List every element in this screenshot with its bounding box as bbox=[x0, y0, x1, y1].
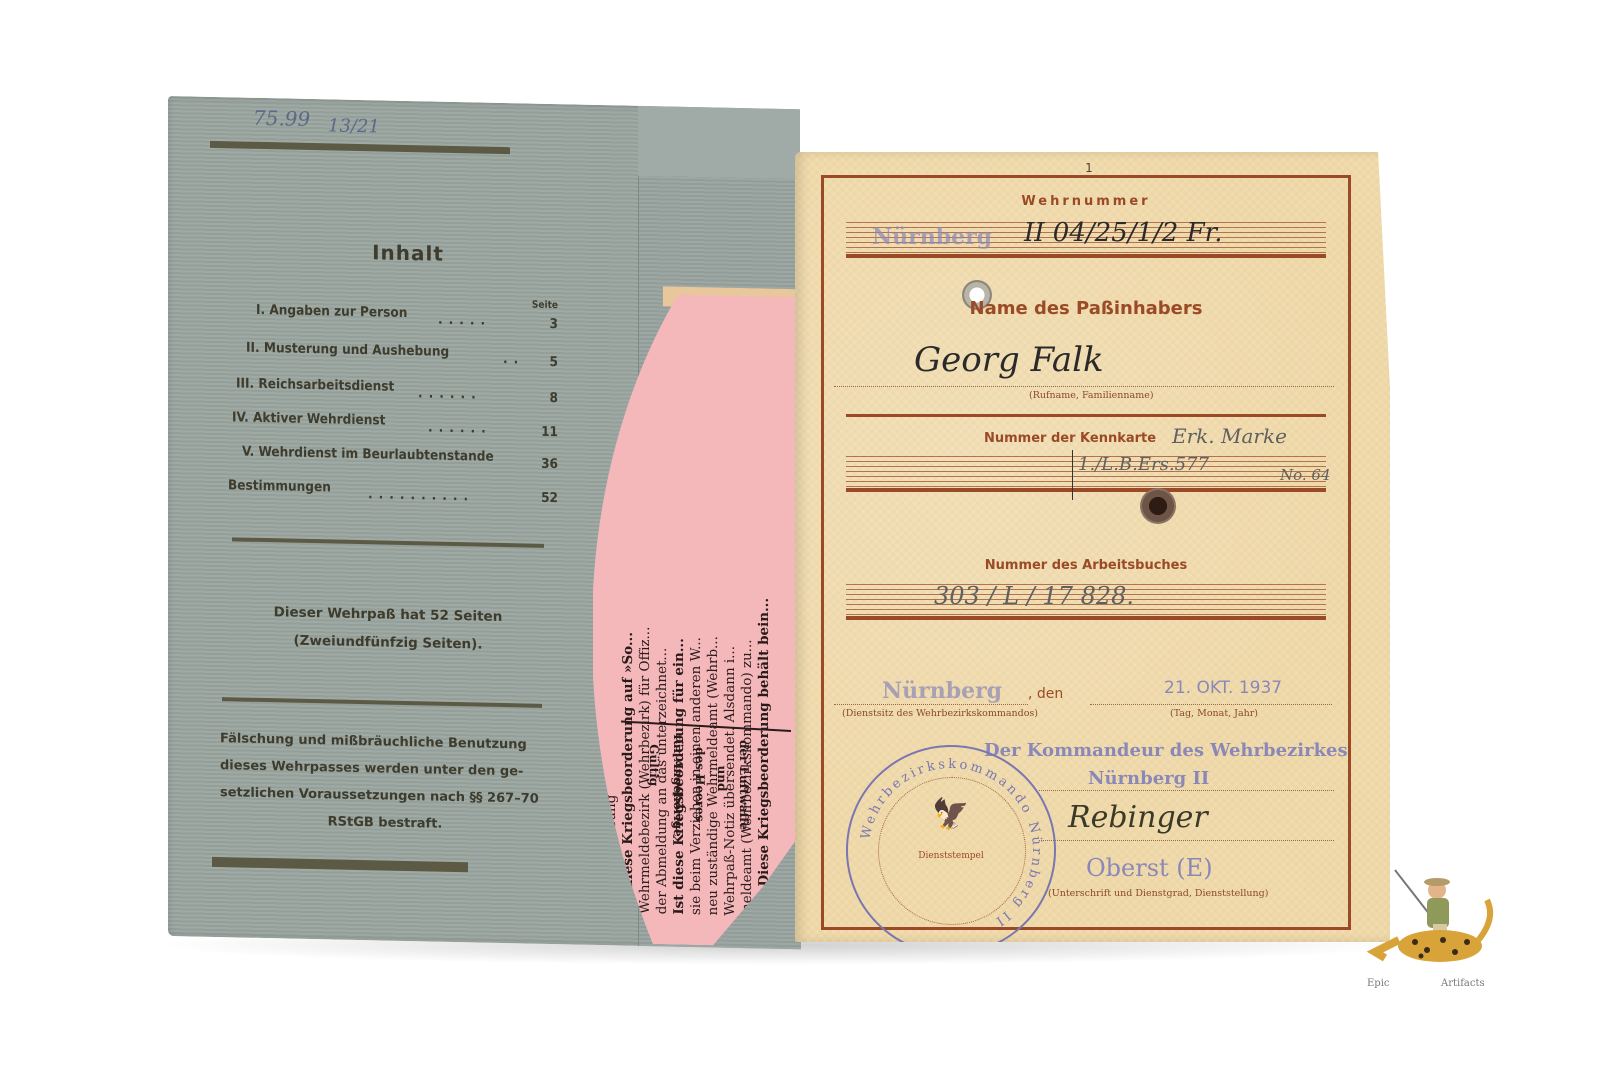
pencil-note-2: 13/21 bbox=[328, 115, 380, 137]
table-of-contents: Seite I. Angaben zur Person ..... 3 II. … bbox=[228, 297, 558, 484]
soldier-on-jaguar-icon bbox=[1355, 860, 1505, 970]
page-number: 1 bbox=[824, 161, 1354, 175]
name-caption: (Rufname, Familienname) bbox=[1029, 390, 1154, 401]
right-page: 1 Wehrnummer Nürnberg II 04/25/1/2 Fr. N… bbox=[795, 152, 1390, 942]
place-dotted-line bbox=[834, 704, 1028, 705]
date-stamp: 21. OKT. 1937 bbox=[1164, 678, 1282, 698]
name-dotted-line bbox=[834, 386, 1334, 387]
official-seal: Wehrbezirkskommando Nürnberg II 🦅 Dienst… bbox=[846, 745, 1056, 955]
kennkarte-value-line2: 1./L.B.Ers.577 bbox=[1078, 454, 1209, 475]
toc-page: 5 bbox=[550, 354, 558, 370]
toc-leader: ..... bbox=[438, 312, 491, 329]
mid-rule bbox=[232, 537, 544, 548]
name-label: Name des Paßinhabers bbox=[824, 298, 1348, 319]
toc-row: V. Wehrdienst im Beurlaubtenstande 36 bbox=[228, 443, 558, 480]
toc-label: II. Musterung und Aushebung bbox=[246, 340, 449, 360]
commander-dotted-line bbox=[1039, 790, 1334, 791]
contents-heading: Inhalt bbox=[168, 236, 648, 270]
toc-leader: ...... bbox=[428, 419, 492, 436]
wehrnummer-label: Wehrnummer bbox=[824, 194, 1348, 209]
toc-page: 52 bbox=[541, 490, 558, 506]
toc-row: I. Angaben zur Person ..... 3 bbox=[228, 301, 558, 338]
toc-leader: .. bbox=[503, 351, 524, 367]
date-dotted-line bbox=[1090, 704, 1332, 705]
wehrnummer-value: II 04/25/1/2 Fr. bbox=[1024, 218, 1222, 248]
commander-line2: Nürnberg II bbox=[1088, 768, 1209, 789]
call-up-slip[interactable]: 3a. ... Entlassung Ist diese Kriegsbeord… bbox=[593, 293, 798, 947]
toc-label: III. Reichsarbeitsdienst bbox=[236, 375, 394, 394]
bottom-rule bbox=[212, 857, 468, 872]
watermark-right-text: Artifacts bbox=[1441, 978, 1485, 989]
page-count-notice: Dieser Wehrpaß hat 52 Seiten (Zweiundfün… bbox=[178, 596, 598, 661]
seal-label: Dienststempel bbox=[848, 851, 1054, 861]
place-stamp: Nürnberg bbox=[882, 678, 1002, 704]
holder-name: Georg Falk bbox=[914, 340, 1104, 380]
toc-row: III. Reichsarbeitsdienst ...... 8 bbox=[228, 375, 558, 412]
page-frame: 1 Wehrnummer Nürnberg II 04/25/1/2 Fr. N… bbox=[821, 175, 1351, 930]
forgery-warning: Fälschung und mißbräuchliche Benutzung d… bbox=[220, 725, 550, 840]
toc-page: 3 bbox=[550, 316, 558, 332]
epic-artifacts-logo: Epic Artifacts bbox=[1355, 860, 1505, 995]
signature-caption: (Unterschrift und Dienstgrad, Dienststel… bbox=[1048, 888, 1268, 899]
toc-leader: .......... bbox=[368, 486, 474, 504]
signature-dotted-line bbox=[1039, 840, 1334, 841]
grommet-bottom bbox=[1140, 488, 1176, 524]
toc-row: IV. Aktiver Wehrdienst ...... 11 bbox=[228, 409, 558, 446]
lower-rule bbox=[222, 697, 542, 708]
toc-label: Bestimmungen bbox=[228, 477, 331, 495]
arbeitsbuch-value: 303 / L / 17 828. bbox=[934, 582, 1134, 610]
kennkarte-label: Nummer der Kennkarte bbox=[984, 431, 1156, 446]
wehrnummer-stamp: Nürnberg bbox=[872, 224, 992, 250]
toc-page: 8 bbox=[550, 390, 558, 406]
toc-row: Bestimmungen .......... 52 bbox=[228, 477, 558, 514]
rank-stamp: Oberst (E) bbox=[1086, 854, 1213, 882]
toc-page: 36 bbox=[541, 456, 558, 472]
toc-label: I. Angaben zur Person bbox=[256, 302, 407, 321]
kennkarte-value-line1: Erk. Marke bbox=[1172, 424, 1287, 448]
toc-page: 11 bbox=[541, 424, 558, 440]
signature: Rebinger bbox=[1068, 800, 1208, 835]
toc-label: IV. Aktiver Wehrdienst bbox=[232, 409, 385, 428]
eagle-emblem-icon: 🦅 bbox=[896, 797, 1006, 832]
date-prefix: , den bbox=[1028, 686, 1063, 702]
date-caption: (Tag, Monat, Jahr) bbox=[1170, 708, 1258, 719]
toc-label: V. Wehrdienst im Beurlaubtenstande bbox=[242, 444, 494, 465]
kennkarte-value-line3: No. 64 bbox=[1280, 466, 1331, 484]
name-divider bbox=[846, 414, 1326, 417]
left-cover-page: 75.99 13/21 Inhalt Seite I. Angaben zur … bbox=[168, 96, 800, 949]
toc-leader: ...... bbox=[418, 385, 482, 402]
place-caption: (Dienstsitz des Wehrbezirkskommandos) bbox=[842, 708, 1038, 719]
arbeitsbuch-label: Nummer des Arbeitsbuches bbox=[824, 558, 1348, 573]
pocket-flap bbox=[638, 106, 800, 180]
kennkarte-bracket bbox=[1072, 450, 1073, 500]
slip-validity: Gültig für Angehörige des Heeres und der… bbox=[633, 734, 783, 907]
pencil-note-1: 75.99 bbox=[253, 106, 310, 131]
top-rule bbox=[210, 141, 510, 154]
toc-row: II. Musterung und Aushebung .. 5 bbox=[228, 339, 558, 376]
watermark-left-text: Epic bbox=[1367, 978, 1390, 989]
